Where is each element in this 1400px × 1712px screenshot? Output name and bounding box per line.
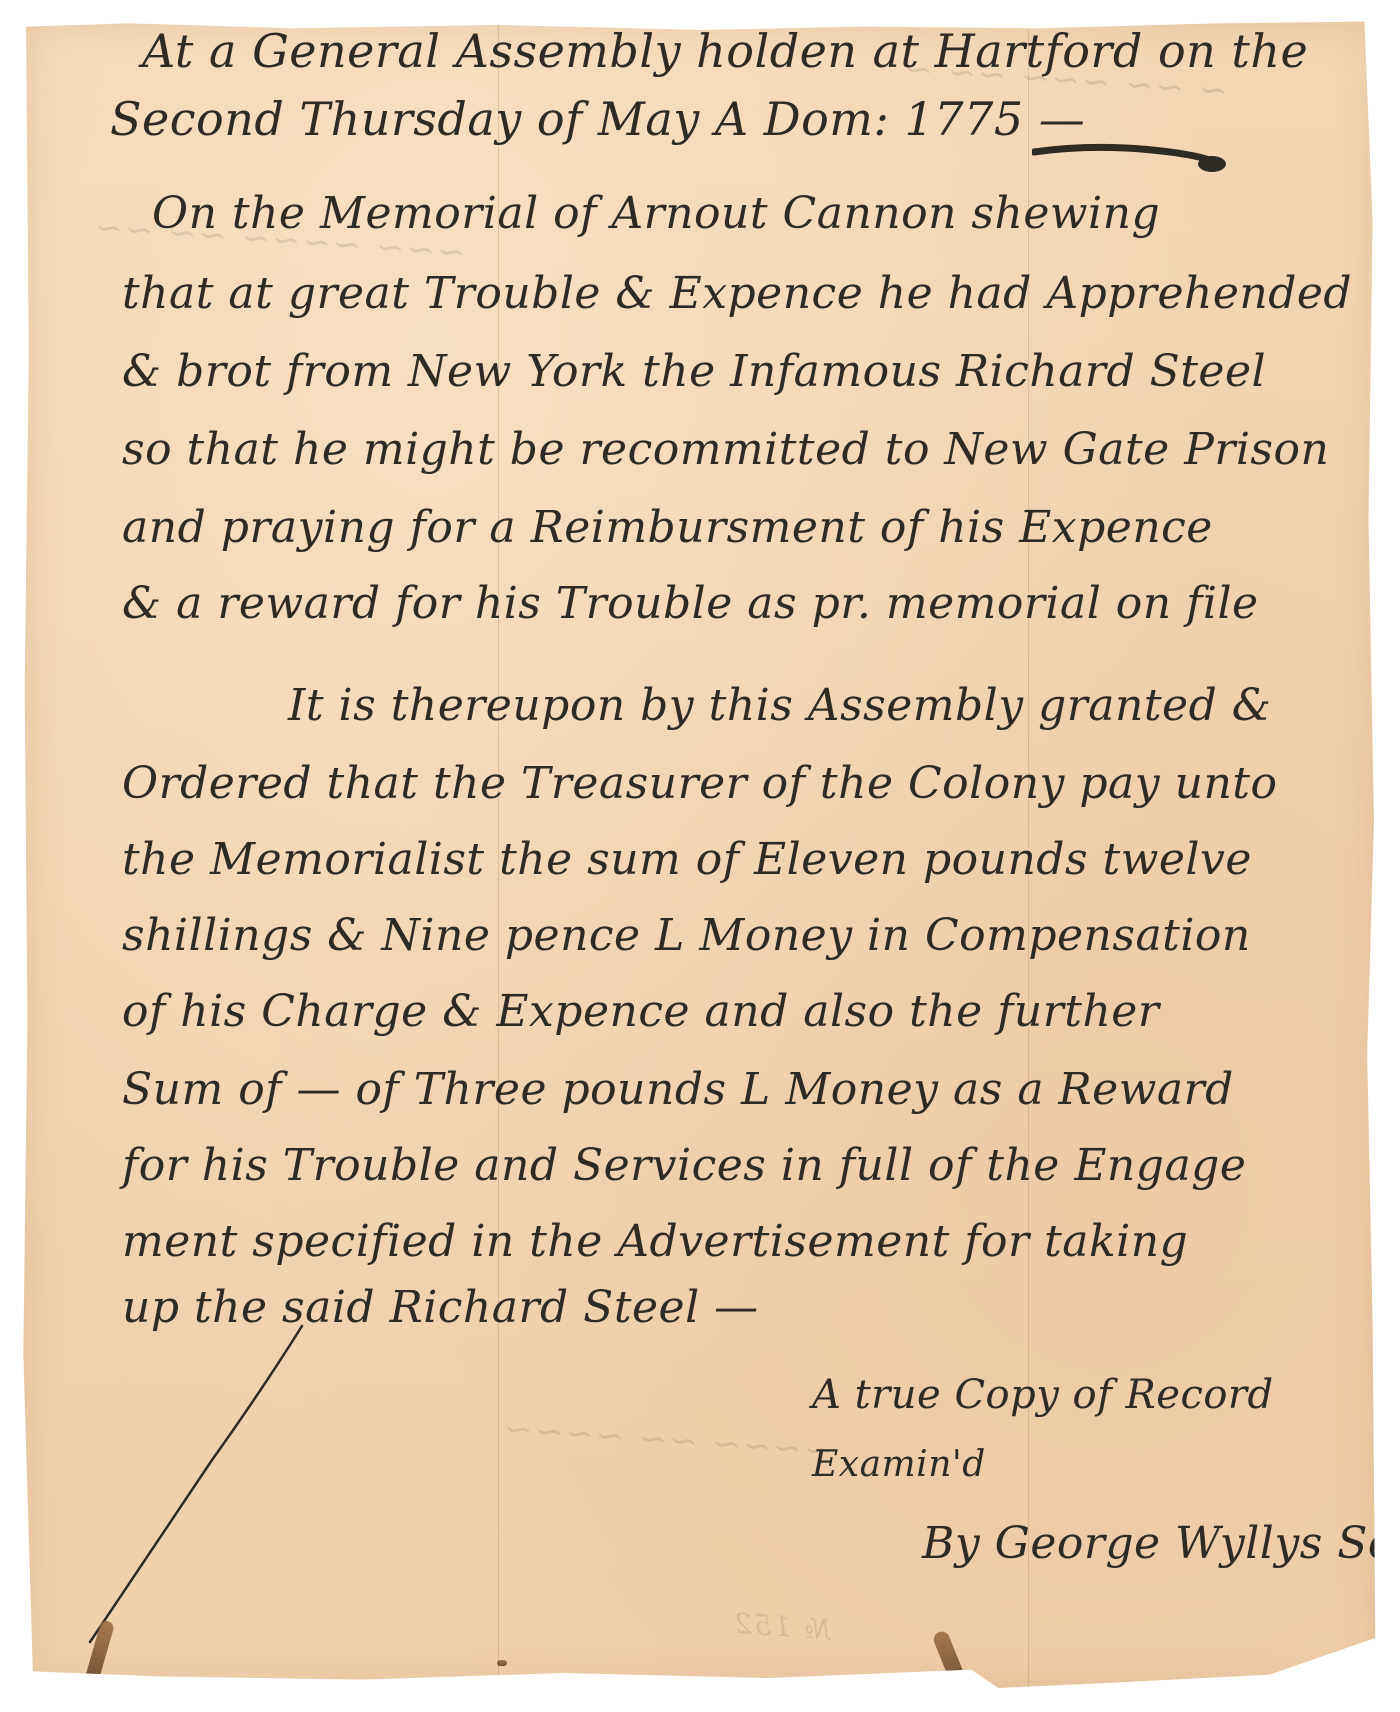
paragraph-2-line-7: for his Trouble and Services in full of …	[122, 1140, 1246, 1191]
pen-flourish-icon	[1032, 130, 1232, 180]
signature: By George Wyllys Secrty	[922, 1518, 1400, 1569]
paragraph-1-line-3: & brot from New York the Infamous Richar…	[122, 346, 1266, 397]
attestation-line-2: Examin'd	[812, 1444, 986, 1485]
paragraph-2-line-1: It is thereupon by this Assembly granted…	[288, 680, 1271, 731]
paragraph-2-line-2: Ordered that the Treasurer of the Colony…	[122, 758, 1277, 809]
ink-stain	[931, 1629, 968, 1691]
heading-line-2: Second Thursday of May A Dom: 1775 —	[110, 92, 1085, 146]
paragraph-1-line-2: that at great Trouble & Expence he had A…	[122, 268, 1352, 319]
paragraph-1-line-1: On the Memorial of Arnout Cannon shewing	[152, 188, 1160, 239]
bleed-through-text: ~~~~ ~~ ~~~~	[501, 1409, 833, 1472]
paragraph-2-line-5: of his Charge & Expence and also the fur…	[122, 986, 1159, 1037]
paragraph-2-line-4: shillings & Nine pence L Money in Compen…	[122, 910, 1251, 961]
bleed-through-number: № 152	[731, 1607, 832, 1647]
paragraph-1-line-6: & a reward for his Trouble as pr. memori…	[122, 578, 1259, 629]
ink-spot	[497, 1660, 507, 1666]
paragraph-2-line-6: Sum of — of Three pounds L Money as a Re…	[122, 1064, 1234, 1115]
paragraph-2-line-8: ment specified in the Advertisement for …	[122, 1216, 1188, 1267]
attestation-line-1: A true Copy of Record	[812, 1372, 1274, 1418]
heading-line-1: At a General Assembly holden at Hartford…	[142, 24, 1308, 78]
paragraph-1-line-5: and praying for a Reimbursment of his Ex…	[122, 502, 1213, 553]
paragraph-2-line-3: the Memorialist the sum of Eleven pounds…	[122, 834, 1252, 885]
manuscript-page: ~ ~~ ~~~ ~~ ~ ~~~ ~~~~ ~~ ~~ ~~~~ ~~ ~~~…	[22, 20, 1378, 1688]
paragraph-1-line-4: so that he might be recommitted to New G…	[122, 424, 1329, 475]
closing-flourish-icon	[62, 1320, 322, 1660]
